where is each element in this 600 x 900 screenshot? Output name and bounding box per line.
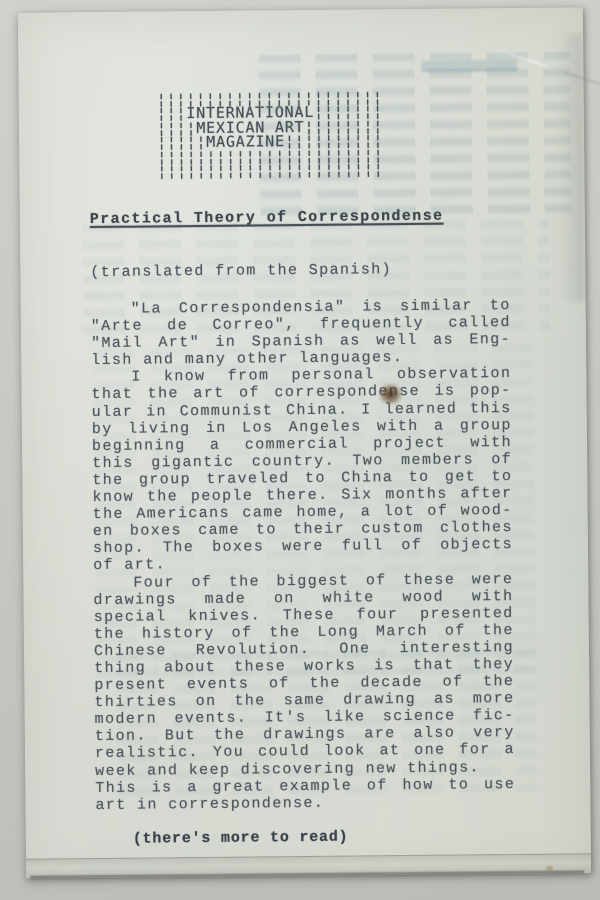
paper-page: ¦¦¦¦¦¦¦¦¦¦¦¦¦¦¦¦¦¦¦¦¦¦¦ ¦¦¦INTERNATIONAL…: [18, 7, 591, 878]
ink-stain: [377, 382, 403, 406]
photo-backdrop: ¦¦¦¦¦¦¦¦¦¦¦¦¦¦¦¦¦¦¦¦¦¦¦ ¦¦¦INTERNATIONAL…: [0, 0, 600, 900]
magazine-masthead: ¦¦¦¦¦¦¦¦¦¦¦¦¦¦¦¦¦¦¦¦¦¦¦ ¦¦¦INTERNATIONAL…: [157, 90, 384, 179]
article-body: "La Correspondensia" is similar to"Arte …: [91, 297, 516, 814]
bleedthrough-underlined-word: [421, 60, 517, 72]
article-subtitle: (translated from the Spanish): [90, 261, 392, 281]
article-title: Practical Theory of Correspondense: [90, 208, 444, 228]
paragraph: I know from personal observationthat the…: [91, 365, 513, 574]
paper-edge-shadow: [557, 33, 586, 301]
paragraph: Four of the biggest of these weredrawing…: [93, 571, 515, 814]
text-line: art in correspondense.: [95, 793, 515, 814]
paragraph: "La Correspondensia" is similar to"Arte …: [91, 297, 512, 369]
article-footer-note: (there's more to read): [133, 829, 349, 848]
paper-speck: [546, 866, 553, 872]
